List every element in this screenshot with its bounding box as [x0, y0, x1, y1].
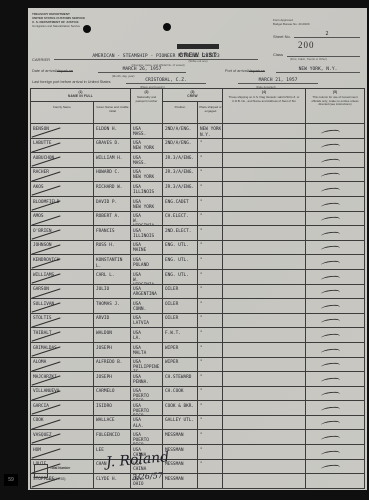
given-name-cell: ARVID — [94, 314, 131, 328]
table-row: BLOOMFIELD DAVID P. USA NEW YORK ENG.CAD… — [31, 197, 364, 212]
position-cell: JR.3/A/ENG. — [163, 153, 198, 167]
hole-punch-dot — [163, 23, 171, 31]
family-name-cell: GARSON — [31, 285, 94, 299]
place-shipped-cell: " — [198, 343, 223, 357]
flag-vessel-info-cell — [223, 197, 306, 211]
table-row: O'BRIEN FRANCIS USA ILLINOIS 2ND.ELECT. … — [31, 226, 364, 241]
table-row: WILLIAMS CARL L. USA W. VIRGINIA ENG. UT… — [31, 270, 364, 285]
officials-only-cell — [306, 197, 364, 211]
family-name: GARSON — [33, 287, 49, 292]
nationality-state: ILLINOIS — [133, 190, 162, 195]
given-name-cell: CARMELO — [94, 387, 131, 401]
position-cell: 2ND.ELECT. — [163, 226, 198, 240]
position-header: Position — [163, 102, 198, 123]
inspector-check-mark — [321, 450, 340, 457]
officials-only-cell — [306, 387, 364, 401]
crew-position: 2ND/A/ENG. — [165, 127, 191, 132]
table-row: ALOMA ALFREDO B. USA PHILIPPINE IS. WIPE… — [31, 358, 364, 373]
given-name: ARVID — [96, 316, 109, 321]
total-number-box — [34, 464, 48, 478]
nationality-cell: USA PUERTO RICO — [131, 387, 163, 401]
family-name-cell: BENSON — [31, 124, 94, 138]
place-shipped-cell: " — [198, 328, 223, 342]
given-name-cell: FULGENCIO — [94, 430, 131, 444]
position-cell: WIPER — [163, 358, 198, 372]
given-name-cell: RICHARD W. — [94, 182, 131, 196]
flag-vessel-info-cell — [223, 299, 306, 313]
place-shipped-cell: " — [198, 445, 223, 459]
place-shipped-cell: " — [198, 430, 223, 444]
crew-position: WIPER — [165, 346, 178, 351]
family-name-cell: SULLIVAN — [31, 299, 94, 313]
place-shipped-cell: " — [198, 197, 223, 211]
place-shipped: " — [200, 287, 203, 292]
nationality-cell: USA ALA. — [131, 416, 163, 430]
sheet-no-label: Sheet No. — [273, 34, 291, 39]
officials-only-cell — [306, 255, 364, 269]
position-cell: 2ND/A/ENG. — [163, 139, 198, 153]
inspector-check-mark — [321, 435, 340, 442]
nationality-cell: USA POLAND — [131, 255, 163, 269]
given-name: CHAN — [96, 462, 107, 467]
family-name: COOK — [33, 418, 44, 423]
officials-only-cell — [306, 445, 364, 459]
flag-vessel-info-cell — [223, 285, 306, 299]
place-shipped: " — [200, 331, 203, 336]
nationality-cell: USA NEW YORK — [131, 197, 163, 211]
flag-vessel-info-cell — [223, 460, 306, 474]
place-shipped: " — [200, 200, 203, 205]
family-name-cell: MAJCHRZKI — [31, 372, 94, 386]
officials-only-cell — [306, 358, 364, 372]
place-shipped-cell: " — [198, 358, 223, 372]
nationality-state: LA. — [133, 336, 162, 341]
place-shipped-cell: " — [198, 153, 223, 167]
nationality-state: PHILIPPINE IS. — [133, 365, 162, 371]
given-name-cell: ROBERT A. — [94, 212, 131, 226]
crew-position: WIPER — [165, 360, 178, 365]
nationality-cell: USA ARGENTINA — [131, 285, 163, 299]
given-name-cell: FRANCIS — [94, 226, 131, 240]
family-name: AKOS — [33, 185, 44, 190]
place-shipped: " — [200, 141, 203, 146]
position-cell: GALLEY UTL. — [163, 416, 198, 430]
family-name-cell: KENDROVICH — [31, 255, 94, 269]
table-row: SULLIVAN THOMAS J. USA CONN. OILER " — [31, 299, 364, 314]
nationality-state: PUERTO RICO — [133, 394, 162, 400]
place-shipped-cell: " — [198, 168, 223, 182]
inspector-check-mark — [321, 129, 340, 136]
place-shipped-cell: " — [198, 255, 223, 269]
position-cell: OILER — [163, 299, 198, 313]
given-name-header: Given Name and middle initial — [94, 102, 131, 123]
crew-position: CH.COOK — [165, 389, 184, 394]
position-cell: ENG. UTL. — [163, 241, 198, 255]
table-row: GARCIA ISIDRO USA PUERTO RICO COOK & BKR… — [31, 401, 364, 416]
class-note: (First, Cabin, Tourist or Other) — [290, 57, 327, 61]
flag-vessel-info-cell — [223, 401, 306, 415]
table-row: LABUTTE GRAVES D. USA NEW YORK 2ND/A/ENG… — [31, 139, 364, 154]
family-name-cell: BLOOMFIELD — [31, 197, 94, 211]
position-cell: MESSMAN — [163, 430, 198, 444]
given-name: FRANCIS — [96, 229, 115, 234]
given-name: ISIDRO — [96, 404, 112, 409]
nationality-cell: USA LATVIA — [131, 314, 163, 328]
table-row: AMOS ROBERT A. USA W. VIRGINIA CH.ELECT.… — [31, 212, 364, 227]
officials-only-cell — [306, 314, 364, 328]
officials-only-cell — [306, 460, 364, 474]
flag-vessel-info-cell — [223, 270, 306, 284]
nationality-country: USA — [133, 346, 141, 351]
officials-only-cell — [306, 212, 364, 226]
place-shipped: NEW YORK N.Y. — [200, 127, 221, 138]
family-name-cell: GRIMALDAS — [31, 343, 94, 357]
crew-position: OILER — [165, 316, 178, 321]
officials-only-cell — [306, 168, 364, 182]
nationality-state: OHIO — [133, 482, 162, 487]
table-row: JOHNSON RUSS H. USA MAINE ENG. UTL. " — [31, 241, 364, 256]
place-shipped: " — [200, 170, 203, 175]
nationality-cell: USA PUERTO RICO — [131, 430, 163, 444]
table-row: RACHER HOWARD C. USA NEW YORK JR.3/A/ENG… — [31, 168, 364, 183]
flag-vessel-info-cell — [223, 139, 306, 153]
position-cell: JR.3/A/ENG. — [163, 182, 198, 196]
port-label-text: Port of arrival/ — [225, 69, 249, 73]
nationality-country: USA — [133, 418, 141, 423]
crew-position: OILER — [165, 302, 178, 307]
officials-only-cell — [306, 299, 364, 313]
place-shipped: " — [200, 185, 203, 190]
place-shipped-cell — [198, 474, 223, 488]
place-shipped: " — [200, 156, 203, 161]
flag-vessel-info-cell — [223, 328, 306, 342]
place-shipped-cell: " — [198, 182, 223, 196]
arrival-port-value: NEW YORK, N.Y. — [276, 67, 360, 73]
foreign-port-label: Last foreign port before arrival in Unit… — [32, 80, 111, 84]
family-name-cell: RACHER — [31, 168, 94, 182]
flag-vessel-info-cell — [223, 124, 306, 138]
position-cell: ENG.CADET — [163, 197, 198, 211]
given-name: CLYDE H. — [96, 477, 117, 482]
table-row: STOLTIS ARVID USA LATVIA OILER " — [31, 314, 364, 329]
given-name: CARMELO — [96, 389, 115, 394]
form-approved-line: Budget Bureau No. 43-R100 — [273, 23, 363, 27]
place-shipped: " — [200, 214, 203, 219]
given-name: FULGENCIO — [96, 433, 120, 438]
crew-position: OILER — [165, 287, 178, 292]
scanned-document-page: TREASURY DEPARTMENT UNITED STATES CUSTOM… — [28, 8, 367, 490]
nationality-state: POLAND — [133, 263, 162, 268]
nationality-cell: USA PENNA. — [131, 372, 163, 386]
nationality-state: PUERTO RICO — [133, 409, 162, 415]
nationality-state: NEW YORK — [133, 205, 162, 210]
table-row: AUBUCHON WILLIAM H. USA MASS. JR.3/A/ENG… — [31, 153, 364, 168]
flag-vessel-info-cell — [223, 430, 306, 444]
officials-only-cell — [306, 124, 364, 138]
inspector-check-mark — [321, 158, 340, 165]
given-name: ELDON H. — [96, 127, 117, 132]
table-row: AKOS RICHARD W. USA ILLINOIS JR.3/A/ENG.… — [31, 182, 364, 197]
class-value-line — [287, 49, 360, 57]
family-name-cell: VILLANUEVA — [31, 387, 94, 401]
arrival-label-struck: departure — [57, 69, 73, 73]
nationality-cell: USA ILLINOIS — [131, 226, 163, 240]
flag-vessel-info-cell — [223, 241, 306, 255]
family-name-cell: GARCIA — [31, 401, 94, 415]
position-cell: CH.COOK — [163, 387, 198, 401]
crew-position: ENG. UTL. — [165, 243, 189, 248]
inspector-check-mark — [321, 246, 340, 253]
crew-position: ENG. UTL. — [165, 258, 189, 263]
officials-only-cell — [306, 401, 364, 415]
place-shipped: " — [200, 404, 203, 409]
family-name-cell: STOLTIS — [31, 314, 94, 328]
family-name-cell: JOHNSON — [31, 241, 94, 255]
nationality-state: ALA. — [133, 424, 162, 429]
inspector-check-mark — [321, 216, 340, 223]
given-name: DAVID P. — [96, 200, 117, 205]
inspector-check-mark — [321, 289, 340, 296]
given-name: HOWARD C. — [96, 170, 120, 175]
flag-vessel-info-cell — [223, 358, 306, 372]
nationality-cell: USA LA. — [131, 328, 163, 342]
given-name-cell: CLYDE H. — [94, 474, 131, 488]
officials-only-cell — [306, 343, 364, 357]
place-shipped: " — [200, 433, 203, 438]
table-row: HOM LEE USA CHINA MESSMAN " — [31, 445, 364, 460]
position-cell: JR.3/A/ENG. — [163, 168, 198, 182]
inspector-check-mark — [321, 173, 340, 180]
position-cell: COOK & BKR. — [163, 401, 198, 415]
crew-position: GALLEY UTL. — [165, 418, 194, 423]
place-shipped: " — [200, 346, 203, 351]
family-name-header: Family Name — [31, 102, 94, 123]
place-shipped-cell: " — [198, 460, 223, 474]
inspector-check-mark — [321, 421, 340, 428]
place-shipped-cell: " — [198, 241, 223, 255]
given-name-cell: RUSS H. — [94, 241, 131, 255]
crew-position: ENG. UTL. — [165, 273, 189, 278]
given-name: JOSEPH — [96, 375, 112, 380]
given-name: RUSS H. — [96, 243, 115, 248]
crew-position: 2ND/A/ENG. — [165, 141, 191, 146]
nationality-cell: USA PUERTO RICO — [131, 401, 163, 415]
nationality-country: USA — [133, 200, 141, 205]
column-crew: (3) CREW Position Place shipped or engag… — [163, 89, 223, 123]
given-name-cell: ALFREDO B. — [94, 358, 131, 372]
given-name-cell: HOWARD C. — [94, 168, 131, 182]
given-name: ROBERT A. — [96, 214, 120, 219]
flag-vessel-info-cell — [223, 314, 306, 328]
officials-only-cell — [306, 270, 364, 284]
place-shipped: " — [200, 360, 203, 365]
nationality-state: ILLINOIS — [133, 234, 162, 239]
place-shipped-cell: " — [198, 314, 223, 328]
flag-vessel-info-cell — [223, 182, 306, 196]
nationality-state: MASS. — [133, 161, 162, 166]
arrival-port-label: Port of arrival/departure — [225, 69, 265, 73]
nationality-state: NEW YORK — [133, 175, 162, 180]
inspector-check-mark — [321, 275, 340, 282]
table-row: BENSON ELDON H. USA MASS. 2ND/A/ENG. NEW… — [31, 124, 364, 139]
given-name-cell: ISIDRO — [94, 401, 131, 415]
given-name: RICHARD W. — [96, 185, 122, 190]
nationality-cell: USA W. VIRGINIA — [131, 212, 163, 226]
family-name-cell: ALOMA — [31, 358, 94, 372]
inspector-check-mark — [321, 231, 340, 238]
position-cell: MESSMAN — [163, 474, 198, 488]
family-name-cell: HOM — [31, 445, 94, 459]
nationality-state: ARGENTINA — [133, 292, 162, 297]
given-name-cell: JOSEPH — [94, 372, 131, 386]
crew-position: MESSMAN — [165, 477, 184, 482]
family-name-cell: O'BRIEN — [31, 226, 94, 240]
inspector-check-mark — [321, 143, 340, 150]
column-nationality: (2) Nationality and passport number — [131, 89, 163, 123]
total-number-label: Total Number — [50, 466, 70, 470]
crew-table-body: BENSON ELDON H. USA MASS. 2ND/A/ENG. NEW… — [31, 124, 364, 489]
position-cell: ENG. UTL. — [163, 255, 198, 269]
crew-table-header: (1) NAME IN FULL Family Name Given Name … — [31, 89, 364, 124]
position-cell: ENG. UTL. — [163, 270, 198, 284]
family-name-cell: COOK — [31, 416, 94, 430]
nationality-state: W. VIRGINIA — [133, 219, 162, 225]
officials-only-cell — [306, 182, 364, 196]
place-shipped-cell: " — [198, 387, 223, 401]
place-shipped-cell: " — [198, 401, 223, 415]
crew-table: (1) NAME IN FULL Family Name Given Name … — [30, 88, 365, 489]
place-shipped: " — [200, 302, 203, 307]
flag-vessel-info-cell — [223, 416, 306, 430]
form-approved-block: Form Approved Budget Bureau No. 43-R100 — [273, 19, 363, 27]
position-cell: OILER — [163, 314, 198, 328]
inspector-check-mark — [321, 348, 340, 355]
given-name: WILLIAM H. — [96, 156, 122, 161]
family-name: HOM — [33, 448, 41, 453]
inspector-check-mark — [321, 187, 340, 194]
nationality-cell: USA ILLINOIS — [131, 182, 163, 196]
family-name-cell: THIBALT — [31, 328, 94, 342]
given-name-cell: ELDON H. — [94, 124, 131, 138]
officials-only-cell — [306, 226, 364, 240]
officials-only-cell — [306, 139, 364, 153]
place-shipped: " — [200, 389, 203, 394]
officials-only-cell — [306, 241, 364, 255]
col1-title: NAME IN FULL — [31, 94, 130, 98]
place-shipped: " — [200, 418, 203, 423]
given-name-cell: THOMAS J. — [94, 299, 131, 313]
given-name: KONSTANTIN L. — [96, 258, 122, 269]
agency-block: TREASURY DEPARTMENT UNITED STATES CUSTOM… — [32, 13, 127, 28]
place-shipped-cell: " — [198, 226, 223, 240]
given-name: JOSEPH — [96, 346, 112, 351]
place-shipped-header: Place shipped or engaged — [198, 102, 223, 123]
flag-vessel-info-cell — [223, 372, 306, 386]
position-cell: OILER — [163, 285, 198, 299]
given-name-cell: JOSEPH — [94, 343, 131, 357]
officials-only-cell — [306, 416, 364, 430]
inspector-check-mark — [321, 260, 340, 267]
col2-title: Nationality and passport number — [131, 94, 162, 103]
position-cell: F.W.T. — [163, 328, 198, 342]
table-row: COOK WALLACE USA ALA. GALLEY UTL. " — [31, 416, 364, 431]
given-name: CARL L. — [96, 273, 115, 278]
officials-only-cell — [306, 474, 364, 488]
nationality-cell: USA CONN. — [131, 299, 163, 313]
crew-position: JR.3/A/ENG. — [165, 185, 194, 190]
position-cell: CH.ELECT. — [163, 212, 198, 226]
nationality-cell: USA MALTA — [131, 343, 163, 357]
given-name-cell: GRAVES D. — [94, 139, 131, 153]
officials-only-cell — [306, 153, 364, 167]
given-name-cell: WALLACE — [94, 416, 131, 430]
table-row: MAJCHRZKI JOSEPH USA PENNA. CH.STEWARD " — [31, 372, 364, 387]
position-cell: WIPER — [163, 343, 198, 357]
inspector-check-mark — [321, 304, 340, 311]
given-name: WALDON — [96, 331, 112, 336]
family-name: ALOMA — [33, 360, 46, 365]
nationality-country: USA — [133, 127, 141, 132]
nationality-cell: USA PHILIPPINE IS. — [131, 358, 163, 372]
flag-vessel-info-cell — [223, 387, 306, 401]
column-flag-vessel-info: (4) Those shipping on U.S. Flag Vessels:… — [223, 89, 306, 123]
given-name-cell: WALDON — [94, 328, 131, 342]
nationality-cell: USA MASS. — [131, 124, 163, 138]
nationality-state: PUERTO RICO — [133, 438, 162, 444]
family-name-cell: AUBUCHON — [31, 153, 94, 167]
place-shipped: " — [200, 243, 203, 248]
place-shipped: " — [200, 375, 203, 380]
flag-vessel-info-cell — [223, 445, 306, 459]
foreign-port-value: CRISTOBAL, C.Z. — [126, 78, 206, 84]
place-shipped-cell: " — [198, 270, 223, 284]
inspector-check-mark — [321, 362, 340, 369]
crew-position: JR.3/A/ENG. — [165, 156, 194, 161]
column-officials-only: (5) This column for use of Government of… — [306, 89, 364, 123]
position-cell: CH.STEWARD — [163, 372, 198, 386]
place-shipped-cell: " — [198, 372, 223, 386]
flag-vessel-info-cell — [223, 343, 306, 357]
flag-vessel-info-cell — [223, 255, 306, 269]
inspector-check-mark — [321, 202, 340, 209]
family-name: AMOS — [33, 214, 44, 219]
form-number: I-418 (1-1-53) — [46, 477, 66, 481]
hole-punch-dot — [83, 25, 91, 33]
nationality-state: PENNA. — [133, 380, 162, 385]
given-name: JULIO — [96, 287, 109, 292]
position-cell: 2ND/A/ENG. — [163, 124, 198, 138]
table-row: GARSON JULIO USA ARGENTINA OILER " — [31, 285, 364, 300]
given-name: THOMAS J. — [96, 302, 120, 307]
col5-title: This column for use of Government offici… — [306, 94, 364, 107]
crew-position: CH.STEWARD — [165, 375, 191, 380]
family-name-cell: WILLIAMS — [31, 270, 94, 284]
crew-position: COOK & BKR. — [165, 404, 194, 409]
family-name-cell: LABUTTE — [31, 139, 94, 153]
col4-title: Those shipping on U.S. Flag Vessels: val… — [223, 94, 305, 103]
place-shipped: " — [200, 229, 203, 234]
carrier-value: AMERICAN - STEAMSHIP - PIONEER MYTH NO. … — [54, 54, 258, 60]
given-name-cell: DAVID P. — [94, 197, 131, 211]
table-row: KENDROVICH KONSTANTIN L. USA POLAND ENG.… — [31, 255, 364, 270]
family-name-cell: AKOS — [31, 182, 94, 196]
inspector-check-mark — [321, 406, 340, 413]
officials-only-cell — [306, 285, 364, 299]
crew-position: 2ND.ELECT. — [165, 229, 191, 234]
table-row: THIBALT WALDON USA LA. F.W.T. " — [31, 328, 364, 343]
crew-position: F.W.T. — [165, 331, 181, 336]
nationality-country: USA — [133, 302, 141, 307]
